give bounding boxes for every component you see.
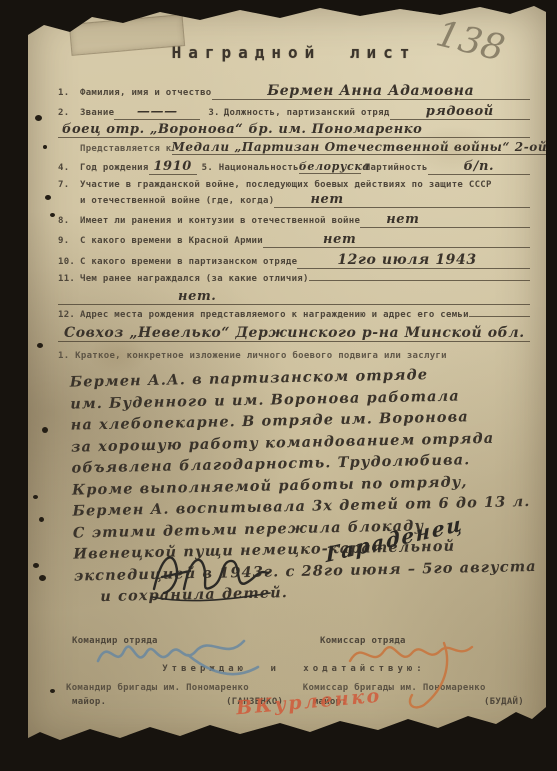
document-title: Наградной лист [58, 43, 530, 62]
detachment-signature-block: Командир отряда Комиссар отряда [58, 608, 530, 660]
field-civilwar-value: нет [274, 193, 530, 208]
paper-hole [43, 145, 47, 149]
field-address: 12. Адрес места рождения представляемого… [58, 310, 530, 320]
field-awards-label: Чем ранее награждался (за какие отличия) [80, 274, 309, 284]
field-redarmy-num: 9. [58, 236, 80, 246]
field-birthyear-value: 1910 [149, 160, 197, 175]
approve-line: Утверждаю: [58, 737, 530, 747]
paper-hole [39, 575, 46, 581]
field-redarmy-value: нет [263, 233, 530, 248]
field-name-num: 1. [58, 88, 80, 98]
field-wounds-value: нет [360, 213, 530, 228]
field-partisan-since: 10. С какого времени в партизанском отря… [58, 253, 530, 269]
brigade-commissar-title: Комиссар бригады им. Пономаренко [299, 683, 530, 693]
field-submitted-label: Представляется к [80, 144, 172, 154]
field-partisan-value: 12го июля 1943 [297, 253, 530, 269]
brigade-signature-columns: Командир бригады им. Пономаренко майор. … [58, 683, 530, 707]
field-rank-label: Звание [80, 108, 114, 118]
field-rank-position: 2. Звание ——— 3. Должность, партизанский… [58, 105, 530, 120]
paper-stain [88, 335, 148, 375]
commissar-label: Комиссар отряда [320, 636, 406, 646]
brigade-commander-column: Командир бригады им. Пономаренко майор. … [58, 683, 289, 707]
document-sheet: Наградной лист 1. Фамилия, имя и отчеств… [28, 5, 546, 745]
field-birthyear-num: 4. [58, 163, 80, 173]
field-address-num: 12. [58, 310, 80, 320]
field-name-value: Бермен Анна Адамовна [212, 84, 530, 100]
paper-hole [45, 195, 51, 200]
paper-hole [39, 517, 44, 522]
field-partisan-label: С какого времени в партизанском отряде [80, 257, 297, 267]
field-birthyear-label: Год рождения [80, 163, 149, 173]
field-name-label: Фамилия, имя и отчество [80, 88, 212, 98]
field-prior-awards: 11. Чем ранее награждался (за какие отли… [58, 274, 530, 284]
feat-description: Бермен А.А. в партизанском отряде им. Бу… [56, 362, 533, 608]
field-civilwar-label2: и отечественной войне (где, когда) [80, 196, 274, 206]
paper-hole [37, 343, 43, 348]
field-awards-value: нет. [58, 290, 530, 305]
field-position-value: рядовой [390, 105, 530, 120]
form-content: Наградной лист 1. Фамилия, имя и отчеств… [28, 5, 546, 754]
field-redarmy: 9. С какого времени в Красной Армии нет [58, 233, 530, 248]
field-wounds-label: Имеет ли ранения и контузии в отечествен… [80, 216, 360, 226]
brigade-commissar-rank: майор: [313, 697, 347, 707]
paper-hole [50, 213, 55, 217]
field-civilwar-label1: Участие в гражданской войне, последующих… [80, 180, 492, 190]
field-rank-num: 2. [58, 108, 80, 118]
paper-hole [50, 689, 55, 693]
field-awards-underline [309, 279, 530, 281]
field-wounds: 8. Имеет ли ранения и контузии в отечест… [58, 213, 530, 228]
field-address-label: Адрес места рождения представляемого к н… [80, 310, 469, 320]
approve-and-petition-line: Утверждаю и ходатайствую: [58, 664, 530, 674]
field-awards-num: 11. [58, 274, 80, 284]
paper-hole [33, 563, 39, 568]
field-civilwar-num: 7. [58, 180, 80, 190]
field-partisan-num: 10. [58, 257, 80, 267]
field-redarmy-label: С какого времени в Красной Армии [80, 236, 263, 246]
field-civilwar-line2: и отечественной войне (где, когда) нет [58, 193, 530, 208]
paper-hole [35, 115, 42, 121]
field-wounds-num: 8. [58, 216, 80, 226]
field-prior-awards-line2: нет. [58, 290, 530, 305]
brigade-commander-name: (ГАНЗЕНКО) [226, 697, 283, 707]
brigade-commander-title: Командир бригады им. Пономаренко [58, 683, 289, 693]
paper-hole [42, 427, 48, 433]
field-nationality-label: 5. Национальность [202, 163, 299, 173]
paper-hole [33, 495, 38, 499]
commander-label: Командир отряда [72, 636, 158, 646]
field-position-label: Должность, партизанский отряд [224, 108, 390, 118]
field-name: 1. Фамилия, имя и отчество Бермен Анна А… [58, 84, 530, 100]
brigade-commander-rank: майор. [72, 697, 106, 707]
field-position-num: 3. [208, 108, 219, 118]
field-nationality-value: белоруска [299, 161, 361, 174]
field-rank-value: ——— [114, 105, 200, 120]
field-civilwar: 7. Участие в гражданской войне, последую… [58, 180, 530, 190]
brigade-commissar-column: Комиссар бригады им. Пономаренко майор: … [299, 683, 530, 707]
field-address-underline [469, 315, 530, 317]
paper-stain [408, 125, 498, 175]
brigade-commissar-name: (БУДАЙ) [484, 697, 524, 707]
field-submitted-value: Медали „Партизан Отечественной войны“ 2-… [172, 141, 557, 155]
